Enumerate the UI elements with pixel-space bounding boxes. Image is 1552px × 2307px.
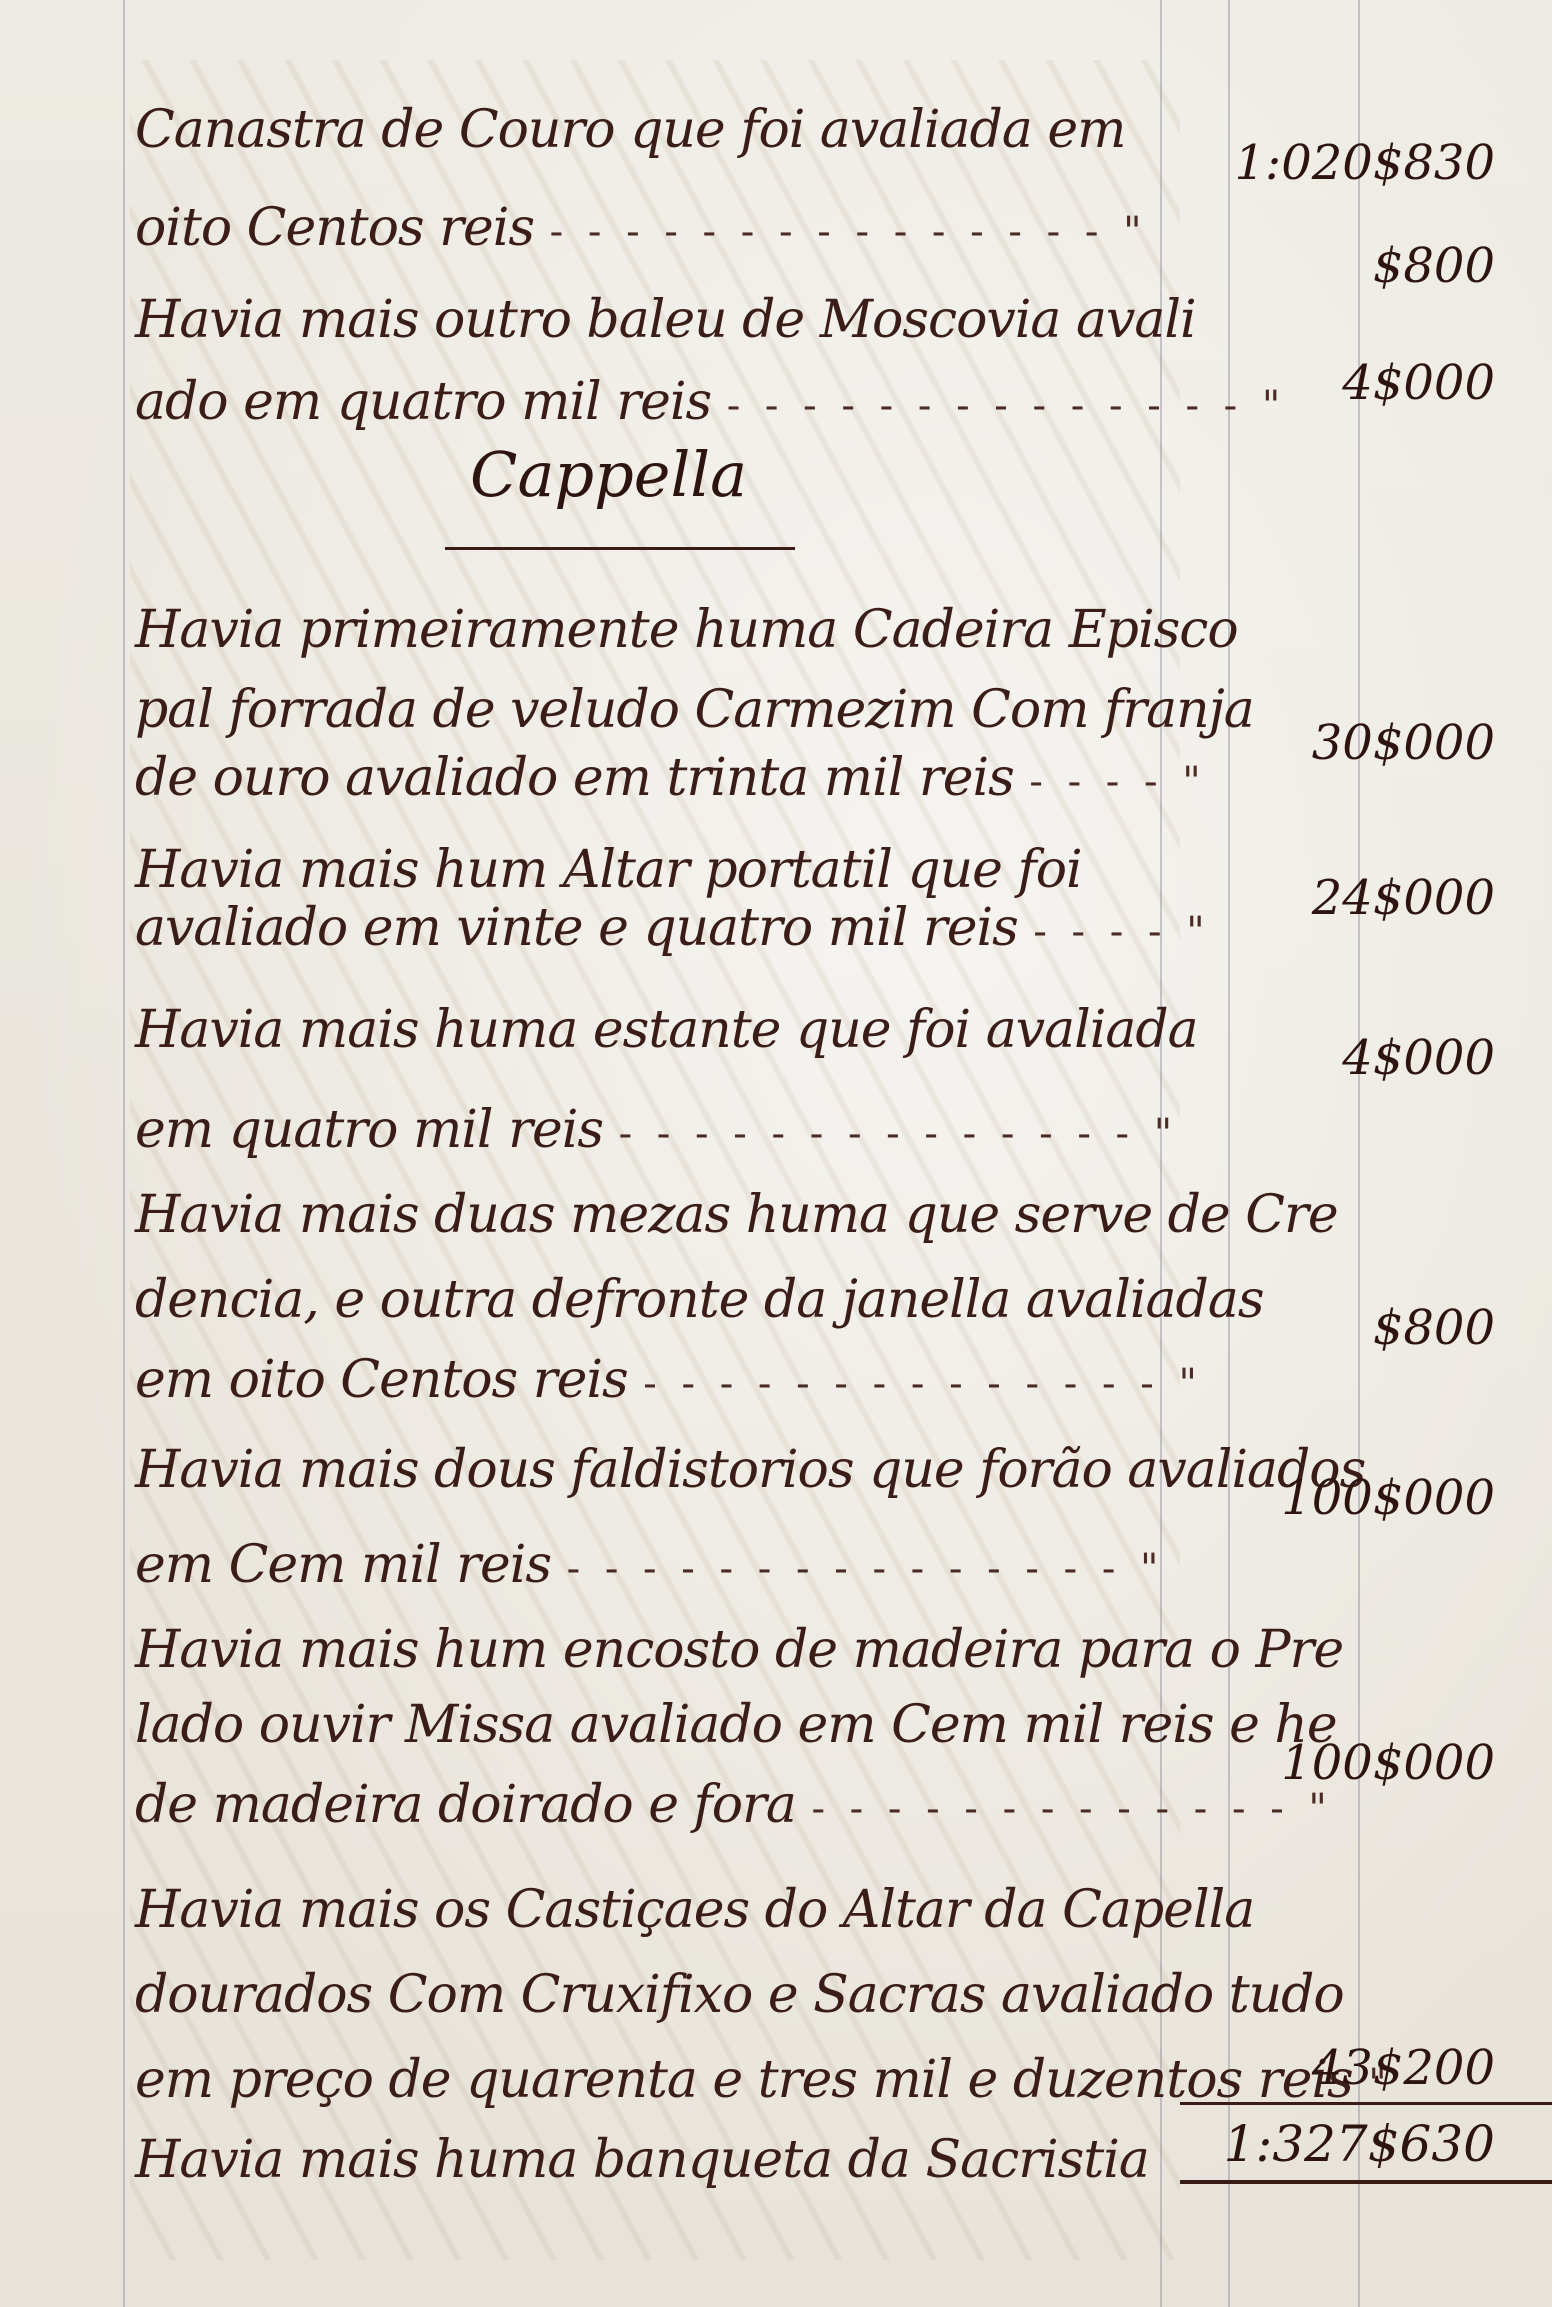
- text-line: em quatro mil reis - - - - - - - - - - -…: [135, 1100, 1195, 1164]
- text-line: Havia primeiramente huma Cadeira Episco: [135, 600, 1195, 660]
- total-rule-bottom: [1180, 2180, 1552, 2184]
- manuscript-page: Canastra de Couro que foi avaliada em oi…: [0, 0, 1552, 2307]
- running-total: 1:327$630: [1165, 2115, 1495, 2173]
- text-line: Havia mais huma estante que foi avaliada: [135, 1000, 1195, 1060]
- text-line: em Cem mil reis - - - - - - - - - - - - …: [135, 1535, 1195, 1599]
- amount-value: $800: [1165, 1300, 1495, 1356]
- amount-value: $800: [1165, 238, 1495, 294]
- text-line: de ouro avaliado em trinta mil reis - - …: [135, 748, 1195, 812]
- text-line: de madeira doirado e fora - - - - - - - …: [135, 1775, 1195, 1839]
- amount-column-rule-2: [1228, 0, 1230, 2307]
- section-heading: Cappella: [470, 438, 747, 511]
- text-line: Havia mais hum encosto de madeira para o…: [135, 1620, 1195, 1680]
- amount-value: 30$000: [1165, 715, 1495, 771]
- amount-value: 43$200: [1165, 2040, 1495, 2096]
- text-line: avaliado em vinte e quatro mil reis - - …: [135, 898, 1195, 962]
- amount-value: 100$000: [1165, 1735, 1495, 1791]
- text-line: Havia mais outro baleu de Moscovia avali: [135, 290, 1195, 350]
- total-rule-top: [1180, 2102, 1552, 2105]
- text-line: dencia, e outra defronte da janella aval…: [135, 1270, 1195, 1330]
- heading-underline: [445, 547, 795, 550]
- amount-value: 4$000: [1165, 355, 1495, 411]
- text-line: Canastra de Couro que foi avaliada em: [135, 100, 1195, 160]
- text-line: Havia mais hum Altar portatil que foi: [135, 840, 1195, 900]
- left-margin-rule: [123, 0, 125, 2307]
- text-line: em preço de quarenta e tres mil e duzent…: [135, 2050, 1195, 2114]
- text-line: lado ouvir Missa avaliado em Cem mil rei…: [135, 1695, 1195, 1755]
- text-line: ado em quatro mil reis - - - - - - - - -…: [135, 372, 1195, 436]
- amount-value: 1:020$830: [1165, 135, 1495, 191]
- amount-column-rule-3: [1358, 0, 1360, 2307]
- amount-value: 100$000: [1165, 1470, 1495, 1526]
- text-line: oito Centos reis - - - - - - - - - - - -…: [135, 198, 1195, 262]
- amount-value: 24$000: [1165, 870, 1495, 926]
- text-line: em oito Centos reis - - - - - - - - - - …: [135, 1350, 1195, 1414]
- text-line: pal forrada de veludo Carmezim Com franj…: [135, 680, 1195, 740]
- amount-value: 4$000: [1165, 1030, 1495, 1086]
- text-line: dourados Com Cruxifixo e Sacras avaliado…: [135, 1965, 1195, 2025]
- text-line: Havia mais os Castiçaes do Altar da Cape…: [135, 1880, 1195, 1940]
- text-line: Havia mais dous faldistorios que forão a…: [135, 1440, 1195, 1500]
- text-line: Havia mais huma banqueta da Sacristia: [135, 2130, 1195, 2190]
- text-line: Havia mais duas mezas huma que serve de …: [135, 1185, 1195, 1245]
